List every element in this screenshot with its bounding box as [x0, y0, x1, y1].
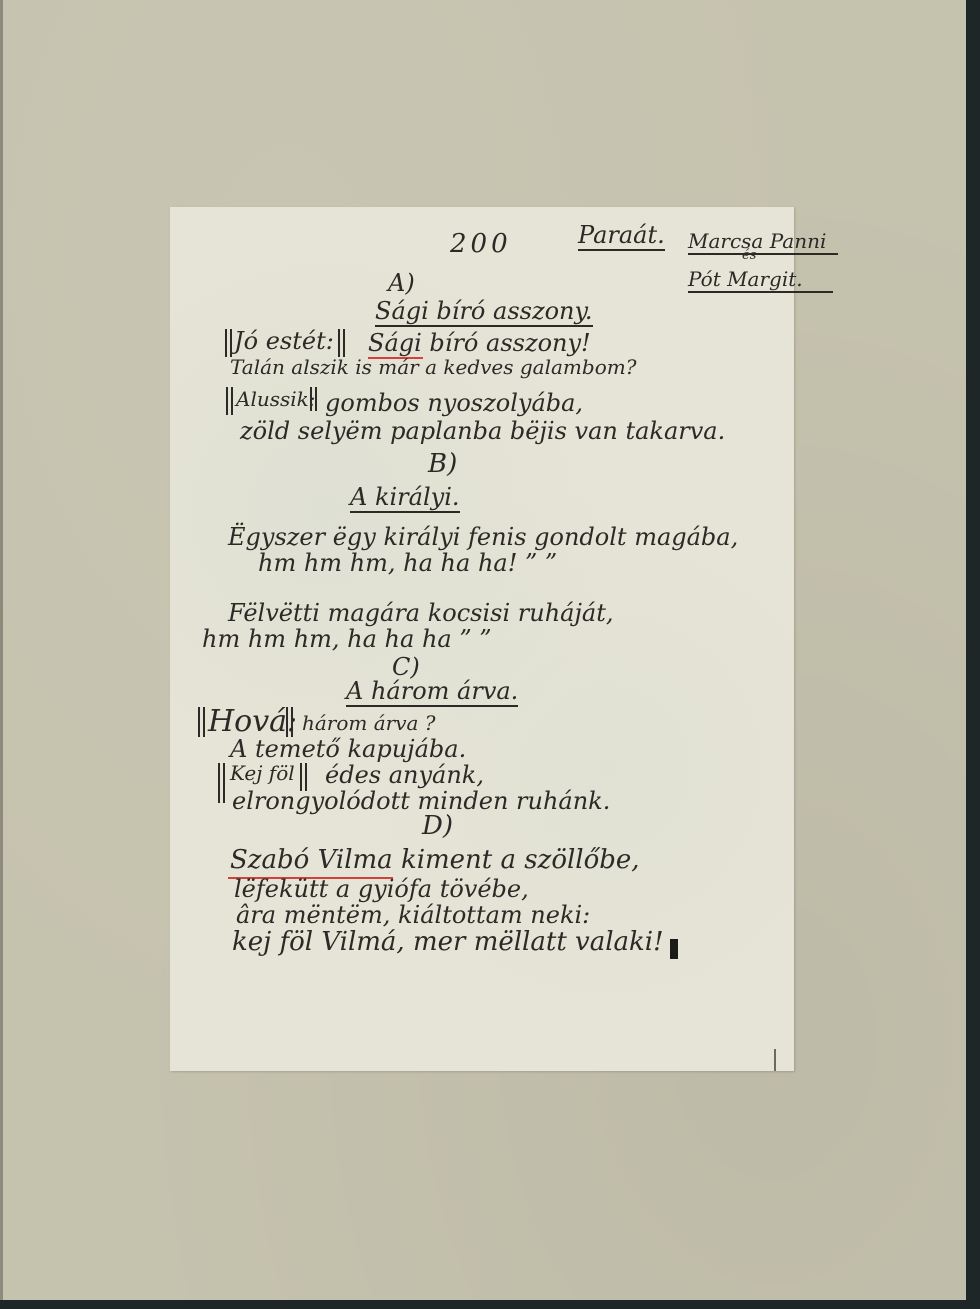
refrain: Kej föl — [230, 763, 295, 783]
mount-board: 200 Paraát. Marcsa Panni és Pót Margit. … — [0, 0, 966, 1300]
verse-line: kej föl Vilmá, mer mëllatt valaki! — [232, 929, 664, 955]
page-number: 200 — [450, 231, 512, 257]
section-label-d: D) — [422, 813, 453, 839]
verse-line: zöld selyëm paplanba bëjis van takarva. — [240, 419, 725, 443]
pencil-mark — [774, 1049, 776, 1071]
verse-line: A temető kapujába. — [230, 737, 466, 761]
repeat-bar — [338, 329, 345, 357]
verse-line: lëfekütt a gyiófa tövébe, — [234, 877, 529, 901]
section-label-b: B) — [428, 451, 457, 477]
verse-line: hm hm hm, ha ha ha ” ” — [202, 627, 492, 651]
verse-line: hm hm hm, ha ha ha! ” ” — [258, 551, 557, 575]
header-conjunction: és — [742, 249, 756, 262]
ink-blot — [670, 939, 678, 959]
repeat-bar — [226, 387, 233, 415]
header-category: Paraát. — [578, 223, 665, 251]
refrain: Alussik: — [236, 389, 316, 409]
section-label-a: A) — [388, 271, 415, 295]
section-title-a: Sági bíró asszony. — [375, 299, 593, 327]
verse-line: âra mëntëm, kiáltottam neki: — [236, 903, 590, 927]
section-title-c: A három árva. — [346, 679, 518, 707]
section-title-b: A királyi. — [350, 485, 460, 513]
refrain: Hová: — [208, 707, 297, 737]
verse-line: Sági bíró asszony! — [368, 331, 591, 355]
verse-line: gombos nyoszolyába, — [325, 391, 583, 415]
verse-line: Szabó Vilma kiment a szöllőbe, — [230, 847, 640, 873]
section-label-c: C) — [392, 655, 420, 679]
repeat-bar — [225, 329, 232, 357]
refrain: Jó estét: — [234, 329, 334, 353]
header-collector-2: Pót Margit. — [688, 269, 833, 293]
mount-edge — [0, 0, 3, 1300]
verse-line: Fëlvëtti magára kocsisi ruháját, — [228, 601, 614, 625]
verse-line: három árva ? — [302, 713, 436, 733]
repeat-bar — [286, 707, 293, 737]
verse-line: Ëgyszer ëgy királyi fenis gondolt magába… — [228, 525, 738, 549]
repeat-bar — [218, 763, 225, 803]
verse-line: édes anyánk, — [325, 763, 484, 787]
header-collector-1: Marcsa Panni — [688, 231, 838, 255]
repeat-bar — [310, 387, 317, 411]
repeat-bar — [198, 707, 205, 737]
verse-line: elrongyolódott minden ruhánk. — [232, 789, 610, 813]
manuscript-page: 200 Paraát. Marcsa Panni és Pót Margit. … — [170, 207, 794, 1071]
verse-line: Talán alszik is már a kedves galambom? — [230, 357, 636, 377]
